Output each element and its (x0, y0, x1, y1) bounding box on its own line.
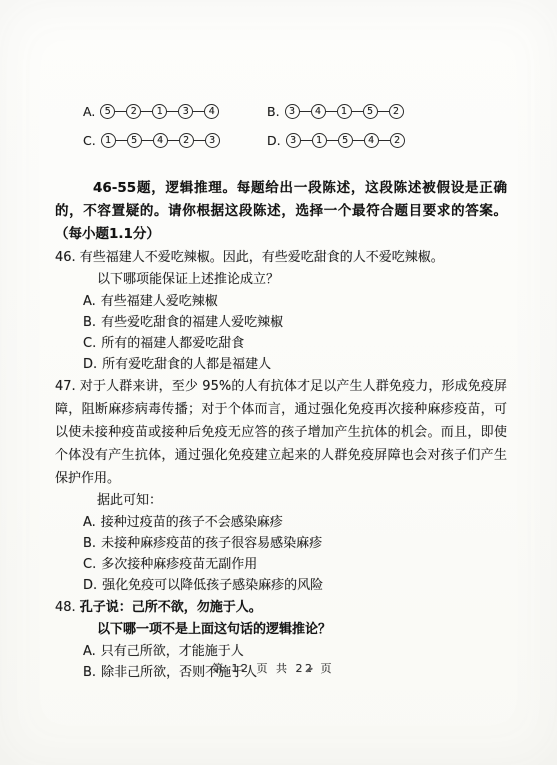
option-label: A. (83, 641, 96, 662)
question-46-option-a: A.有些福建人爱吃辣椒 (55, 291, 507, 312)
option-label: A. (83, 104, 95, 119)
sequence-option-c: C. 1 5 4 2 3 (83, 133, 267, 148)
option-text: 所有的福建人都爱吃甜食 (101, 333, 244, 354)
option-label: C. (83, 133, 96, 148)
option-text: 只有己所欲，才能施于人 (101, 641, 244, 662)
connector-line (379, 140, 390, 141)
sequence-answer-options: A. 5 2 1 3 4 B. 3 4 1 5 2 (55, 0, 507, 148)
question-47-option-a: A.接种过疫苗的孩子不会感染麻疹 (55, 512, 507, 533)
circled-number: 1 (337, 104, 352, 119)
option-text: 强化免疫可以降低孩子感染麻疹的风险 (102, 575, 323, 596)
question-48-prompt: 以下哪一项不是上面这句话的逻辑推论？ (55, 619, 507, 641)
page-content: A. 5 2 1 3 4 B. 3 4 1 5 2 (0, 0, 557, 683)
question-46-option-b: B.有些爱吃甜食的福建人爱吃辣椒 (55, 312, 507, 333)
circled-number: 1 (101, 133, 116, 148)
connector-line (167, 111, 178, 112)
circled-number: 2 (390, 133, 405, 148)
connector-line (301, 140, 312, 141)
sequence-option-a: A. 5 2 1 3 4 (83, 104, 267, 119)
question-47-prompt: 据此可知： (55, 490, 507, 512)
connector-line (116, 140, 127, 141)
connector-line (115, 111, 126, 112)
circled-number: 3 (178, 104, 193, 119)
circled-number: 3 (205, 133, 220, 148)
option-label: B. (83, 533, 96, 554)
circled-number: 3 (285, 104, 300, 119)
section-intro: 46-55题，逻辑推理。每题给出一段陈述，这段陈述被假设是正确的，不容置疑的。请… (55, 177, 507, 246)
question-stem-text: 有些福建人不爱吃辣椒。因此，有些爱吃甜食的人不爱吃辣椒。 (80, 250, 444, 265)
question-47-stem: 47.对于人群来讲，至少 95%的人有抗体才足以产生人群免疫力，形成免疫屏障，阻… (55, 375, 507, 490)
connector-line (168, 140, 179, 141)
question-stem-text: 对于人群来讲，至少 95%的人有抗体才足以产生人群免疫力，形成免疫屏障，阻断麻疹… (55, 379, 507, 486)
circled-number: 5 (127, 133, 142, 148)
question-46-prompt: 以下哪项能保证上述推论成立？ (55, 269, 507, 291)
page-number-footer: 第 12 页 共 22 页 (212, 660, 334, 676)
question-47-option-d: D.强化免疫可以降低孩子感染麻疹的风险 (55, 575, 507, 596)
question-stem-text: 孔子说：己所不欲，勿施于人。 (80, 600, 262, 615)
circled-number: 2 (389, 104, 404, 119)
option-label: C. (83, 333, 96, 354)
circled-number: 4 (364, 133, 379, 148)
option-label: B. (83, 312, 96, 333)
option-label: D. (83, 354, 97, 375)
circled-number: 4 (311, 104, 326, 119)
option-label: D. (83, 575, 97, 596)
circled-number: 4 (204, 104, 219, 119)
circled-number: 4 (153, 133, 168, 148)
connector-line (378, 111, 389, 112)
circled-number: 2 (179, 133, 194, 148)
question-47-option-c: C.多次接种麻疹疫苗无副作用 (55, 554, 507, 575)
connector-line (141, 111, 152, 112)
option-text: 有些福建人爱吃辣椒 (101, 291, 218, 312)
question-48-option-a: A.只有己所欲，才能施于人 (55, 641, 507, 662)
option-text: 有些爱吃甜食的福建人爱吃辣椒 (101, 312, 283, 333)
option-label: A. (83, 512, 96, 533)
connector-line (326, 111, 337, 112)
connector-line (352, 111, 363, 112)
option-text: 接种过疫苗的孩子不会感染麻疹 (101, 512, 283, 533)
question-number: 46. (55, 250, 76, 265)
question-46-option-d: D.所有爱吃甜食的人都是福建人 (55, 354, 507, 375)
connector-line (193, 111, 204, 112)
question-number: 48. (55, 600, 76, 615)
connector-line (142, 140, 153, 141)
option-label: B. (83, 662, 96, 683)
sequence-option-b: B. 3 4 1 5 2 (267, 104, 507, 119)
circled-number: 1 (152, 104, 167, 119)
option-text: 未接种麻疹疫苗的孩子很容易感染麻疹 (101, 533, 322, 554)
option-label: C. (83, 554, 96, 575)
circled-number: 5 (338, 133, 353, 148)
circled-number: 2 (126, 104, 141, 119)
circled-number: 1 (312, 133, 327, 148)
option-label: B. (267, 104, 280, 119)
circled-number: 5 (363, 104, 378, 119)
option-text: 所有爱吃甜食的人都是福建人 (102, 354, 271, 375)
question-number: 47. (55, 379, 76, 394)
question-46-option-c: C.所有的福建人都爱吃甜食 (55, 333, 507, 354)
option-label: A. (83, 291, 96, 312)
question-47-option-b: B.未接种麻疹疫苗的孩子很容易感染麻疹 (55, 533, 507, 554)
circled-number: 5 (100, 104, 115, 119)
connector-line (300, 111, 311, 112)
option-text: 多次接种麻疹疫苗无副作用 (101, 554, 257, 575)
connector-line (327, 140, 338, 141)
scanned-exam-page: A. 5 2 1 3 4 B. 3 4 1 5 2 (0, 0, 557, 765)
question-48-stem: 48.孔子说：己所不欲，勿施于人。 (55, 596, 507, 619)
option-label: D. (267, 133, 281, 148)
sequence-option-d: D. 3 1 5 4 2 (267, 133, 507, 148)
question-46-stem: 46.有些福建人不爱吃辣椒。因此，有些爱吃甜食的人不爱吃辣椒。 (55, 246, 507, 269)
connector-line (353, 140, 364, 141)
circled-number: 3 (286, 133, 301, 148)
connector-line (194, 140, 205, 141)
